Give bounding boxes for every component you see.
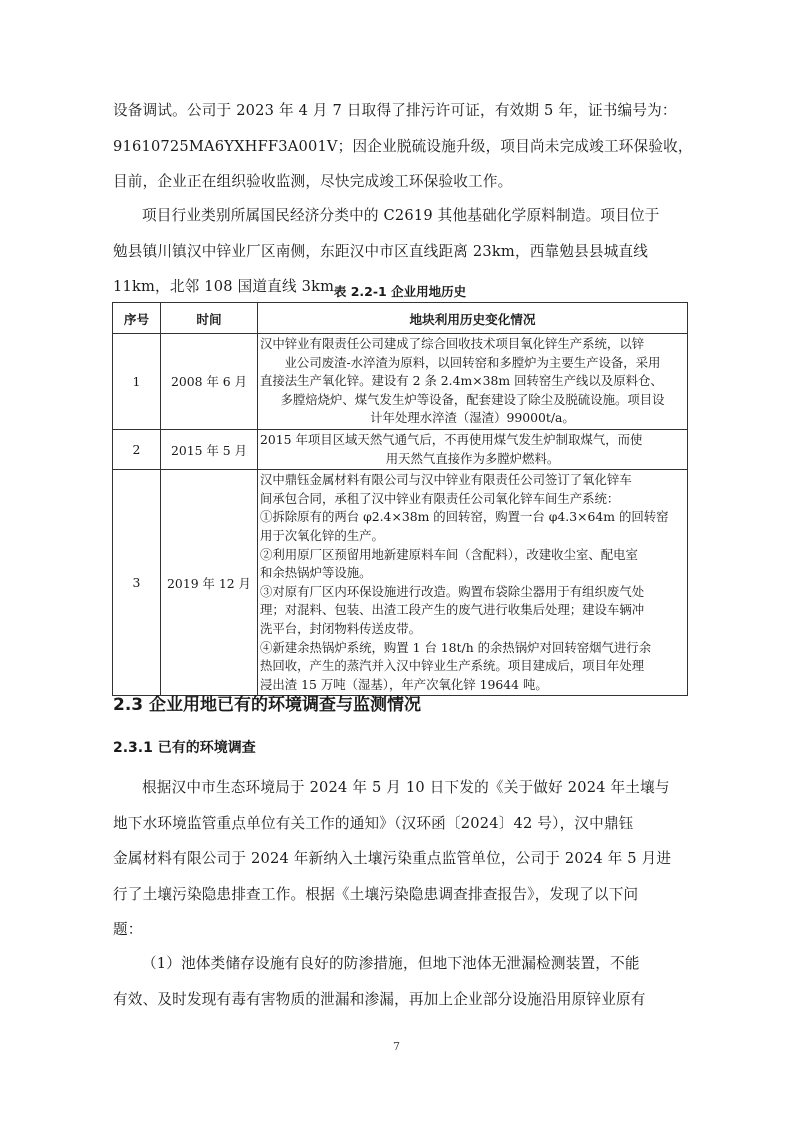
- text-line: 热回收，产生的蒸汽并入汉中锌业生产系统。项目建成后，项目年处理: [260, 657, 685, 676]
- text-line: 根据汉中市生态环境局于 2024 年 5 月 10 日下发的《关于做好 2024…: [113, 770, 687, 806]
- text-line: ③对原有厂区内环保设施进行改造。购置布袋除尘器用于有组织废气处: [260, 583, 685, 602]
- table-row: 3 2019 年 12 月 汉中鼎钰金属材料有限公司与汉中锌业有限责任公司签订了…: [113, 470, 688, 696]
- text-line: 勉县镇川镇汉中锌业厂区南侧，东距汉中市区直线距离 23km，西靠勉县县城直线: [113, 234, 687, 270]
- text-line: （1）池体类储存设施有良好的防渗措施，但地下池体无泄漏检测装置，不能: [113, 946, 687, 982]
- text-line: 目前，企业正在组织验收监测，尽快完成竣工环保验收工作。: [113, 164, 687, 200]
- text-line: 行了土壤污染隐患排查工作。根据《土壤污染隐患调查排查报告》，发现了以下问: [113, 877, 687, 913]
- survey-paragraph: 根据汉中市生态环境局于 2024 年 5 月 10 日下发的《关于做好 2024…: [113, 770, 687, 948]
- column-header-history: 地块利用历史变化情况: [258, 303, 688, 334]
- text-line: 有效、及时发现有毒有害物质的泄漏和渗漏，再加上企业部分设施沿用原锌业原有: [113, 982, 687, 1018]
- text-line: 用天然气直接作为多膛炉燃料。: [260, 450, 685, 469]
- column-header-time: 时间: [161, 303, 258, 334]
- cell-history: 2015 年项目区域天然气通气后，不再使用煤气发生炉制取煤气，而使 用天然气直接…: [258, 429, 688, 469]
- cell-time: 2019 年 12 月: [161, 470, 258, 696]
- table-row: 1 2008 年 6 月 汉中锌业有限责任公司建成了综合回收技术项目氧化锌生产系…: [113, 334, 688, 430]
- text-line: 地下水环境监管重点单位有关工作的通知》（汉环函〔2024〕42 号），汉中鼎钰: [113, 806, 687, 842]
- intro-paragraph: 设备调试。公司于 2023 年 4 月 7 日取得了排污许可证，有效期 5 年，…: [113, 93, 687, 200]
- text-line: 用于次氧化锌的生产。: [260, 527, 685, 546]
- table-header-row: 序号 时间 地块利用历史变化情况: [113, 303, 688, 334]
- text-line: 设备调试。公司于 2023 年 4 月 7 日取得了排污许可证，有效期 5 年，…: [113, 93, 687, 129]
- text-line: 汉中鼎钰金属材料有限公司与汉中锌业有限责任公司签订了氧化锌车: [260, 471, 685, 490]
- text-line: 91610725MA6YXHFF3A001V；因企业脱硫设施升级，项目尚未完成竣…: [113, 129, 687, 165]
- cell-no: 3: [113, 470, 161, 696]
- text-line: 理；对混料、包装、出渣工段产生的废气进行收集后处理；建设车辆冲: [260, 601, 685, 620]
- column-header-no: 序号: [113, 303, 161, 334]
- text-line: 间承包合同，承租了汉中锌业有限责任公司氧化锌车间生产系统：: [260, 490, 685, 509]
- cell-no: 2: [113, 429, 161, 469]
- text-line: 计年处理水淬渣（湿渣）99000t/a。: [260, 409, 685, 428]
- cell-time: 2015 年 5 月: [161, 429, 258, 469]
- land-use-history-table: 序号 时间 地块利用历史变化情况 1 2008 年 6 月 汉中锌业有限责任公司…: [112, 302, 688, 696]
- text-line: 项目行业类别所属国民经济分类中的 C2619 其他基础化学原料制造。项目位于: [113, 198, 687, 234]
- cell-time: 2008 年 6 月: [161, 334, 258, 430]
- subsection-heading-2-3-1: 2.3.1 已有的环境调查: [113, 737, 256, 757]
- text-line: 业公司废渣-水淬渣为原料，以回转窑和多膛炉为主要生产设备，采用: [260, 354, 685, 373]
- text-line: 多膛焙烧炉、煤气发生炉等设备，配套建设了除尘及脱硫设施。项目设: [260, 391, 685, 410]
- text-line: ④新建余热锅炉系统，购置 1 台 18t/h 的余热锅炉对回转窑烟气进行余: [260, 639, 685, 658]
- text-line: 题：: [113, 912, 687, 948]
- text-line: 洗平台，封闭物料传送皮带。: [260, 620, 685, 639]
- text-line: 2015 年项目区域天然气通气后，不再使用煤气发生炉制取煤气，而使: [260, 431, 685, 450]
- cell-no: 1: [113, 334, 161, 430]
- cell-history: 汉中锌业有限责任公司建成了综合回收技术项目氧化锌生产系统，以锌 业公司废渣-水淬…: [258, 334, 688, 430]
- page-number: 7: [0, 1040, 793, 1053]
- text-line: 和余热锅炉等设施。: [260, 564, 685, 583]
- section-heading-2-3: 2.3 企业用地已有的环境调查与监测情况: [113, 690, 421, 715]
- text-line: ②利用原厂区预留用地新建原料车间（含配料），改建收尘室、配电室: [260, 546, 685, 565]
- cell-history: 汉中鼎钰金属材料有限公司与汉中锌业有限责任公司签订了氧化锌车 间承包合同，承租了…: [258, 470, 688, 696]
- text-line: ①拆除原有的两台 φ2.4×38m 的回转窑，购置一台 φ4.3×64m 的回转…: [260, 508, 685, 527]
- text-line: 直接法生产氧化锌。建设有 2 条 2.4m×38m 回转窑生产线以及原料仓、: [260, 372, 685, 391]
- text-line: 金属材料有限公司于 2024 年新纳入土壤污染重点监管单位，公司于 2024 年…: [113, 841, 687, 877]
- issue-1-paragraph: （1）池体类储存设施有良好的防渗措施，但地下池体无泄漏检测装置，不能 有效、及时…: [113, 946, 687, 1017]
- table-row: 2 2015 年 5 月 2015 年项目区域天然气通气后，不再使用煤气发生炉制…: [113, 429, 688, 469]
- table-caption: 表 2.2-1 企业用地历史: [113, 282, 687, 300]
- text-line: 汉中锌业有限责任公司建成了综合回收技术项目氧化锌生产系统，以锌: [260, 335, 685, 354]
